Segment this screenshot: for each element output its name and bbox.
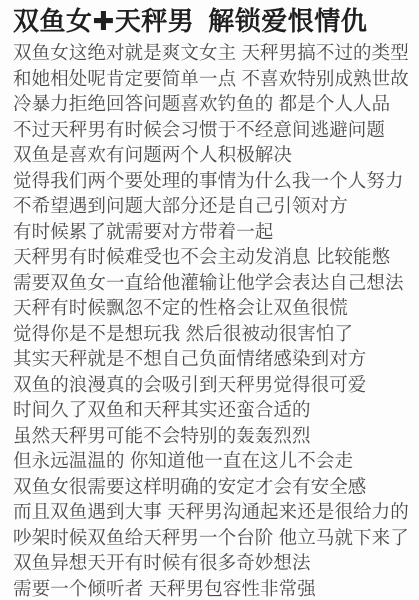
text-line: 冷暴力拒绝回答问题喜欢钓鱼的 都是个人人品 (13, 91, 413, 117)
text-line: 有时候累了就需要对方带着一起 (13, 219, 413, 245)
article-body: 双鱼女这绝对就是爽文女主 天秤男搞不过的类型 和她相处呢肯定要简单一点 不喜欢特… (0, 38, 419, 600)
text-line: 需要双鱼女一直给他灌输让他学会表达自己想法 (13, 270, 413, 296)
text-line: 双鱼的浪漫真的会吸引到天秤男觉得很可爱 (13, 372, 413, 398)
title-right: 解锁爱恨情仇 (208, 8, 367, 35)
text-line: 和她相处呢肯定要简单一点 不喜欢特别成熟世故 (13, 66, 413, 92)
text-line: 虽然天秤男可能不会特别的轰轰烈烈 (13, 423, 413, 449)
text-line: 而且双鱼遇到大事 天秤男沟通起来还是很给力的 (13, 499, 413, 525)
page-title: 双鱼女✚天秤男 解锁爱恨情仇 (0, 0, 419, 38)
text-line: 需要一个倾听者 天秤男包容性非常强 (13, 576, 413, 600)
text-line: 双鱼异想天开有时候有很多奇妙想法 (13, 550, 413, 576)
text-line: 其实天秤就是不想自己负面情绪感染到对方 (13, 346, 413, 372)
text-line: 觉得我们两个要处理的事情为什么我一个人努力 (13, 168, 413, 194)
text-line: 时间久了双鱼和天秤其实还蛮合适的 (13, 397, 413, 423)
text-line: 吵架时候双鱼给天秤男一个台阶 他立马就下来了 (13, 525, 413, 551)
title-left: 双鱼女✚天秤男 (13, 8, 194, 35)
text-line: 双鱼女这绝对就是爽文女主 天秤男搞不过的类型 (13, 40, 413, 66)
text-line: 不过天秤男有时候会习惯于不经意间逃避问题 (13, 117, 413, 143)
text-line: 不希望遇到问题大部分还是自己引领对方 (13, 193, 413, 219)
article-page: 双鱼女✚天秤男 解锁爱恨情仇 双鱼女这绝对就是爽文女主 天秤男搞不过的类型 和她… (0, 0, 419, 600)
text-line: 天秤男有时候难受也不会主动发消息 比较能憋 (13, 244, 413, 270)
text-line: 天秤有时候飘忽不定的性格会让双鱼很慌 (13, 295, 413, 321)
text-line: 双鱼是喜欢有问题两个人积极解决 (13, 142, 413, 168)
text-line: 但永远温温的 你知道他一直在这儿不会走 (13, 448, 413, 474)
text-line: 双鱼女很需要这样明确的安定才会有安全感 (13, 474, 413, 500)
text-line: 觉得你是不是想玩我 然后很被动很害怕了 (13, 321, 413, 347)
